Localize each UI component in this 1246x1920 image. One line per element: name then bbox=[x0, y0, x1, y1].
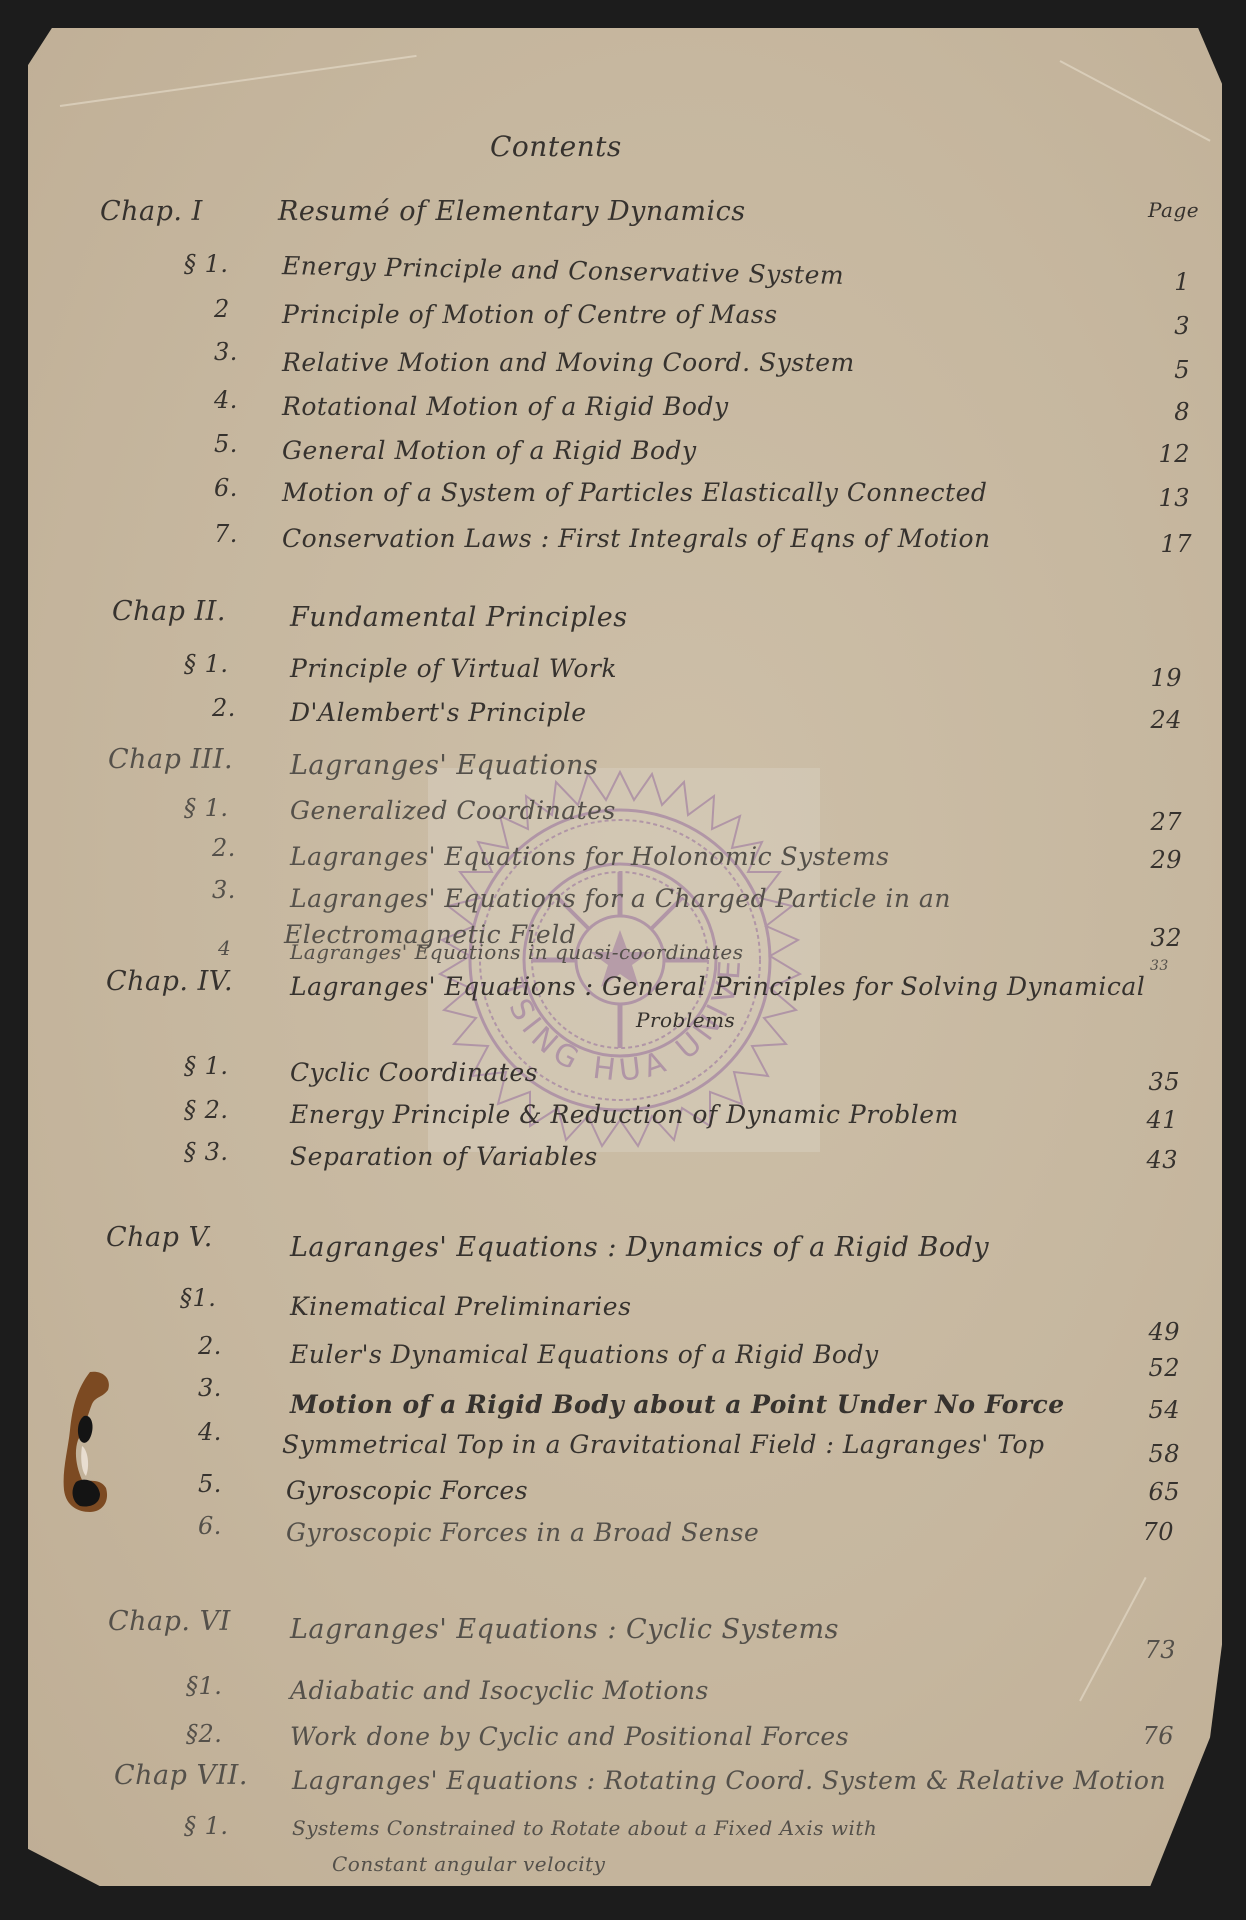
chapter-title: Lagranges' Equations : General Principle… bbox=[290, 972, 1145, 1001]
section-number: 7. bbox=[214, 520, 238, 548]
section-number: 5. bbox=[198, 1470, 222, 1498]
chapter-label: Chap V. bbox=[106, 1222, 213, 1253]
chapter-title: Fundamental Principles bbox=[290, 602, 628, 633]
section-title: Energy Principle & Reduction of Dynamic … bbox=[290, 1100, 959, 1129]
page-number: 32 bbox=[1132, 924, 1182, 952]
chapter-title: Lagranges' Equations : Cyclic Systems bbox=[290, 1614, 839, 1645]
section-number: 2. bbox=[198, 1332, 222, 1360]
page-number: 54 bbox=[1130, 1396, 1180, 1424]
section-number: § 1. bbox=[184, 650, 229, 678]
page-number: 76 bbox=[1124, 1722, 1174, 1750]
section-number: 5. bbox=[214, 430, 238, 458]
section-title-continuation: Constant angular velocity bbox=[332, 1852, 605, 1876]
chapter-label: Chap VII. bbox=[114, 1760, 248, 1791]
chapter-label: Chap. IV. bbox=[106, 966, 233, 997]
section-title: Adiabatic and Isocyclic Motions bbox=[290, 1676, 709, 1705]
chapter-label: Chap. I bbox=[100, 196, 203, 227]
section-number: § 3. bbox=[184, 1138, 229, 1166]
chapter-label: Chap II. bbox=[112, 596, 226, 627]
section-title: Conservation Laws : First Integrals of E… bbox=[282, 524, 991, 553]
paper-stain bbox=[62, 1370, 112, 1515]
page-number: 58 bbox=[1130, 1440, 1180, 1468]
page-number: 27 bbox=[1132, 808, 1182, 836]
page-number: 73 bbox=[1126, 1636, 1176, 1664]
section-number: §1. bbox=[186, 1672, 222, 1700]
section-title: Separation of Variables bbox=[290, 1142, 598, 1171]
section-title: Gyroscopic Forces in a Broad Sense bbox=[286, 1518, 759, 1547]
page-number: 29 bbox=[1132, 846, 1182, 874]
page-number: 70 bbox=[1124, 1518, 1174, 1546]
page-number: 49 bbox=[1130, 1318, 1180, 1346]
section-title: Systems Constrained to Rotate about a Fi… bbox=[292, 1816, 877, 1840]
page-number: 19 bbox=[1132, 664, 1182, 692]
page-number: 43 bbox=[1128, 1146, 1178, 1174]
page-number: 24 bbox=[1132, 706, 1182, 734]
section-title: Motion of a System of Particles Elastica… bbox=[282, 478, 987, 507]
page-number: 65 bbox=[1130, 1478, 1180, 1506]
section-number: 6. bbox=[214, 474, 238, 502]
section-number: § 1. bbox=[184, 250, 229, 278]
page-title: Contents bbox=[490, 130, 622, 163]
section-title: Kinematical Preliminaries bbox=[290, 1292, 631, 1321]
page-column-header: Page bbox=[1148, 198, 1199, 222]
section-title: General Motion of a Rigid Body bbox=[282, 436, 697, 465]
page-number: 33 bbox=[1150, 958, 1169, 974]
section-number: 6. bbox=[198, 1512, 222, 1540]
chapter-label: Chap III. bbox=[108, 744, 233, 775]
section-title: Principle of Virtual Work bbox=[290, 654, 617, 683]
page-number: 17 bbox=[1142, 530, 1192, 558]
section-number: §1. bbox=[180, 1284, 216, 1312]
section-number: 2. bbox=[212, 834, 236, 862]
section-title: Relative Motion and Moving Coord. System bbox=[282, 348, 855, 377]
section-number: 4 bbox=[218, 936, 231, 960]
chapter-label: Chap. VI bbox=[108, 1606, 231, 1637]
section-number: 3. bbox=[214, 338, 238, 366]
chapter-title-continuation: Problems bbox=[636, 1008, 735, 1032]
page-number: 8 bbox=[1140, 398, 1190, 426]
section-number: § 1. bbox=[184, 1052, 229, 1080]
section-title: Lagranges' Equations for Holonomic Syste… bbox=[290, 842, 890, 871]
page-number: 1 bbox=[1140, 268, 1190, 296]
section-title: Euler's Dynamical Equations of a Rigid B… bbox=[290, 1340, 879, 1369]
section-title: Gyroscopic Forces bbox=[286, 1476, 528, 1505]
section-title: Motion of a Rigid Body about a Point Und… bbox=[290, 1390, 1065, 1419]
section-number: 4. bbox=[198, 1418, 222, 1446]
section-title: D'Alembert's Principle bbox=[290, 698, 587, 727]
page-number: 3 bbox=[1140, 312, 1190, 340]
section-number: § 2. bbox=[184, 1096, 229, 1124]
section-number: 4. bbox=[214, 386, 238, 414]
section-number: 3. bbox=[212, 876, 236, 904]
section-title: Principle of Motion of Centre of Mass bbox=[282, 300, 778, 329]
section-title: Symmetrical Top in a Gravitational Field… bbox=[282, 1430, 1045, 1459]
page-number: 13 bbox=[1140, 484, 1190, 512]
section-number: § 1. bbox=[184, 1812, 229, 1840]
section-title: Lagranges' Equations in quasi-coordinate… bbox=[290, 940, 743, 964]
section-number: § 1. bbox=[184, 794, 229, 822]
section-title: Lagranges' Equations for a Charged Parti… bbox=[290, 884, 951, 913]
page-number: 41 bbox=[1128, 1106, 1178, 1134]
section-title: Cyclic Coordinates bbox=[290, 1058, 538, 1087]
chapter-title: Lagranges' Equations : Dynamics of a Rig… bbox=[290, 1232, 989, 1263]
chapter-title: Resumé of Elementary Dynamics bbox=[278, 196, 746, 227]
section-number: 3. bbox=[198, 1374, 222, 1402]
chapter-title: Lagranges' Equations : Rotating Coord. S… bbox=[292, 1766, 1166, 1795]
section-title: Work done by Cyclic and Positional Force… bbox=[290, 1722, 849, 1751]
section-number: 2 bbox=[214, 295, 230, 323]
section-title: Rotational Motion of a Rigid Body bbox=[282, 392, 729, 421]
page-number: 5 bbox=[1140, 356, 1190, 384]
page-number: 35 bbox=[1130, 1068, 1180, 1096]
page-number: 52 bbox=[1130, 1354, 1180, 1382]
page-number: 12 bbox=[1140, 440, 1190, 468]
chapter-title: Lagranges' Equations bbox=[290, 750, 598, 781]
section-number: 2. bbox=[212, 694, 236, 722]
section-title: Generalized Coordinates bbox=[290, 796, 616, 825]
section-number: §2. bbox=[186, 1720, 222, 1748]
